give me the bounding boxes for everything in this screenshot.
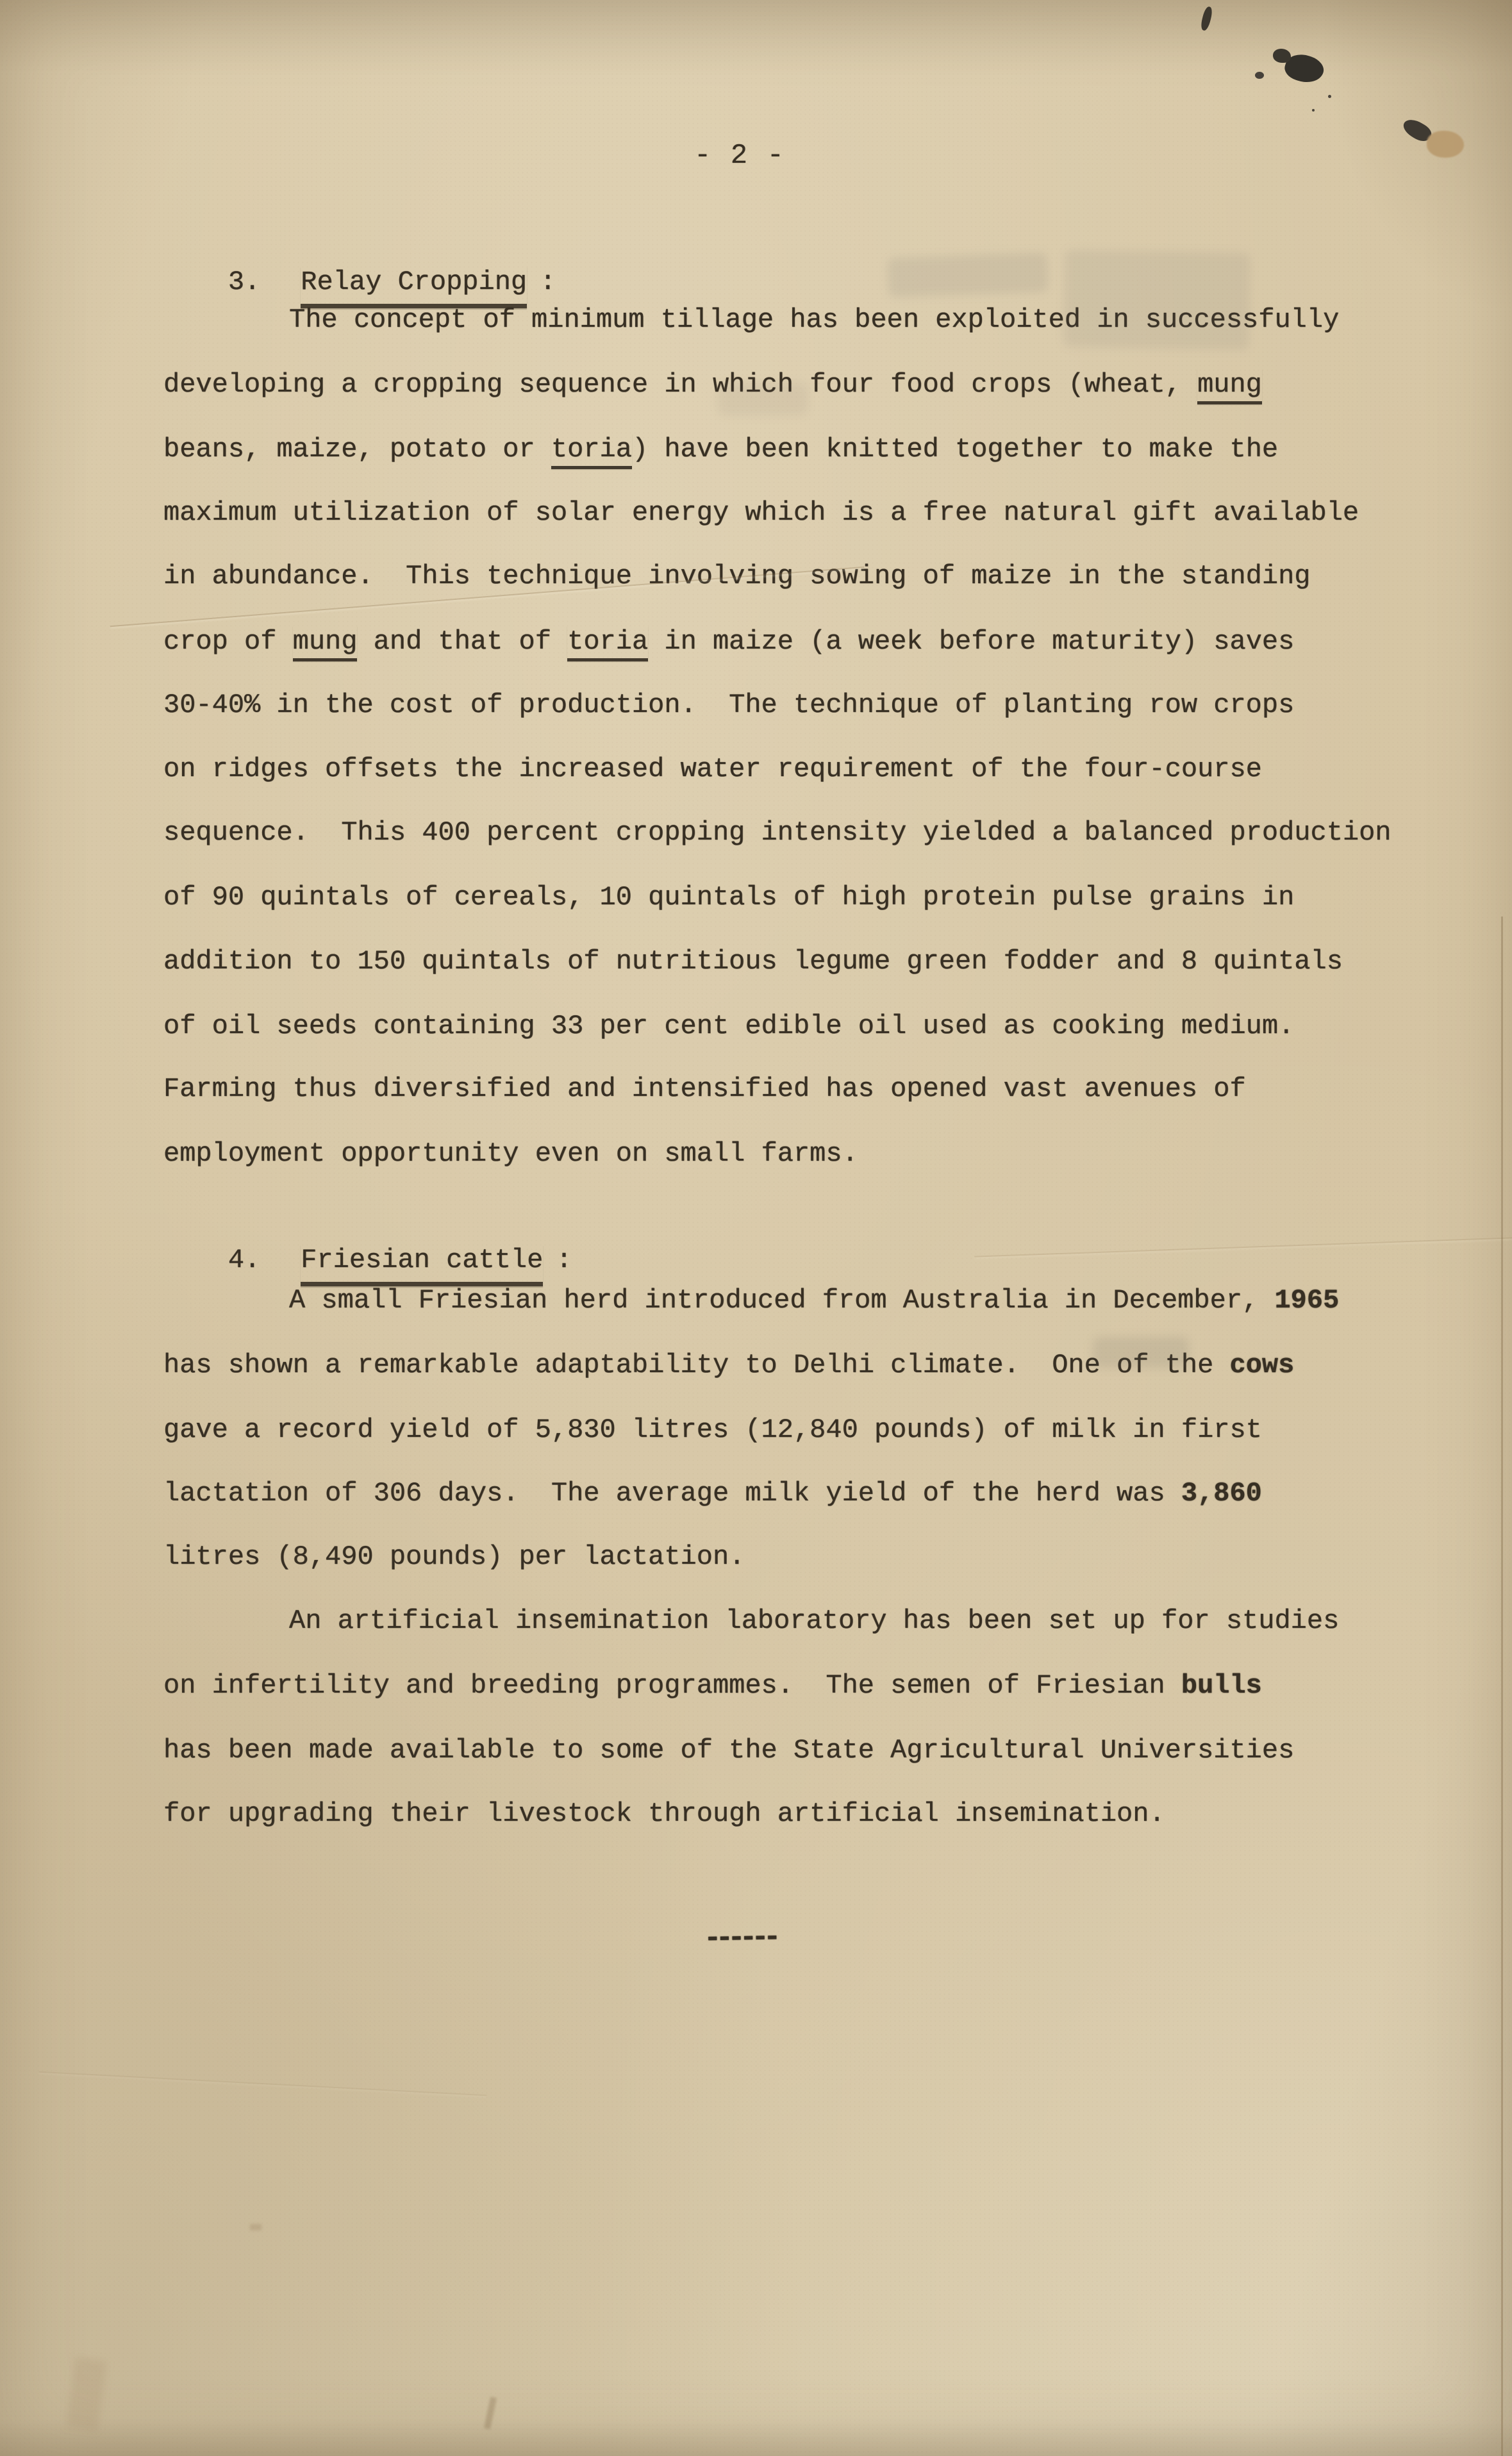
text-line: 30-40% in the cost of production. The te… [163,673,1420,737]
paper-smudge [484,2397,497,2430]
text-segment: has shown a remarkable adaptability to D… [163,1350,1229,1381]
text-line: for upgrading their livestock through ar… [163,1782,1420,1846]
paper-edge-shadow [1501,917,1503,2456]
text-line: has shown a remarkable adaptability to D… [163,1333,1420,1397]
text-segment: employment opportunity even on small far… [163,1138,858,1169]
text-line: addition to 150 quintals of nutritious l… [163,929,1420,993]
ink-stain [1255,72,1264,79]
bleedthrough-mark [718,383,808,415]
text-segment: cows [1229,1350,1294,1381]
bleedthrough-mark [1093,1337,1189,1368]
text-line: on infertility and breeding programmes. … [163,1654,1420,1718]
underlined-text: toria [567,626,648,661]
text-segment: A small Friesian herd introduced from Au… [289,1285,1274,1316]
text-line: A small Friesian herd introduced from Au… [163,1268,1420,1332]
section-3-paragraph: The concept of minimum tillage has been … [163,288,1420,1186]
text-line: employment opportunity even on small far… [163,1122,1420,1186]
paper-crease [38,2071,486,2096]
text-segment: sequence. This 400 percent cropping inte… [163,817,1392,848]
scanned-page: - 2 - 3.Relay Cropping: The concept of m… [0,0,1512,2456]
text-segment: has been made available to some of the S… [163,1735,1294,1766]
text-line: in abundance. This technique involving s… [163,544,1420,608]
text-line: has been made available to some of the S… [163,1718,1420,1782]
text-segment: 3,860 [1181,1478,1262,1509]
ink-stain [1200,6,1214,31]
text-segment: in maize (a week before maturity) saves [648,626,1294,657]
paper-smudge [66,2357,108,2431]
text-segment: An artificial insemination laboratory ha… [289,1606,1339,1636]
text-segment: of 90 quintals of cereals, 10 quintals o… [163,882,1294,913]
text-segment: maximum utilization of solar energy whic… [163,497,1359,528]
text-segment: 30-40% in the cost of production. The te… [163,690,1294,720]
text-line: lactation of 306 days. The average milk … [163,1461,1420,1525]
text-segment: addition to 150 quintals of nutritious l… [163,946,1343,977]
text-segment: beans, maize, potato or [163,434,551,465]
text-segment: litres (8,490 pounds) per lactation. [163,1541,745,1572]
page-number: - 2 - [694,140,785,172]
text-line: An artificial insemination laboratory ha… [163,1589,1420,1653]
text-segment: ) have been knitted together to make the [632,434,1278,465]
ink-stain [1312,109,1315,112]
text-line: maximum utilization of solar energy whic… [163,481,1420,545]
bleedthrough-mark [1063,249,1251,350]
ink-stain [1273,49,1291,63]
text-line: of oil seeds containing 33 per cent edib… [163,994,1420,1058]
text-segment: crop of [163,626,293,657]
section-4-paragraph-2: An artificial insemination laboratory ha… [163,1589,1420,1846]
text-line: on ridges offsets the increased water re… [163,737,1420,801]
text-segment: and that of [357,626,567,657]
text-line: litres (8,490 pounds) per lactation. [163,1525,1420,1589]
text-segment: of oil seeds containing 33 per cent edib… [163,1011,1294,1041]
text-segment: on ridges offsets the increased water re… [163,754,1262,784]
underlined-text: mung [293,626,358,661]
end-of-text-mark: ------ [704,1921,776,1955]
text-segment: developing a cropping sequence in which … [163,369,1197,400]
paper-crease [974,1237,1512,1257]
underlined-text: toria [551,434,632,469]
text-line: of 90 quintals of cereals, 10 quintals o… [163,865,1420,929]
paper-smudge [250,2224,262,2230]
bleedthrough-mark [887,253,1049,298]
text-line: sequence. This 400 percent cropping inte… [163,801,1420,865]
section-4-paragraph-1: A small Friesian herd introduced from Au… [163,1269,1420,1589]
text-segment: lactation of 306 days. The average milk … [163,1478,1181,1509]
text-segment: on infertility and breeding programmes. … [163,1670,1181,1701]
text-segment: for upgrading their livestock through ar… [163,1798,1165,1829]
paper-stain [1427,131,1464,158]
text-segment: gave a record yield of 5,830 litres (12,… [163,1415,1262,1445]
text-line: Farming thus diversified and intensified… [163,1057,1420,1121]
text-line: crop of mung and that of toria in maize … [163,610,1420,674]
ink-stain [1328,95,1331,98]
text-segment: Farming thus diversified and intensified… [163,1074,1246,1104]
text-segment: 1965 [1274,1285,1339,1316]
text-segment: bulls [1181,1670,1262,1701]
underlined-text: mung [1197,369,1262,404]
text-line: beans, maize, potato or toria) have been… [163,417,1420,481]
text-line: gave a record yield of 5,830 litres (12,… [163,1398,1420,1462]
